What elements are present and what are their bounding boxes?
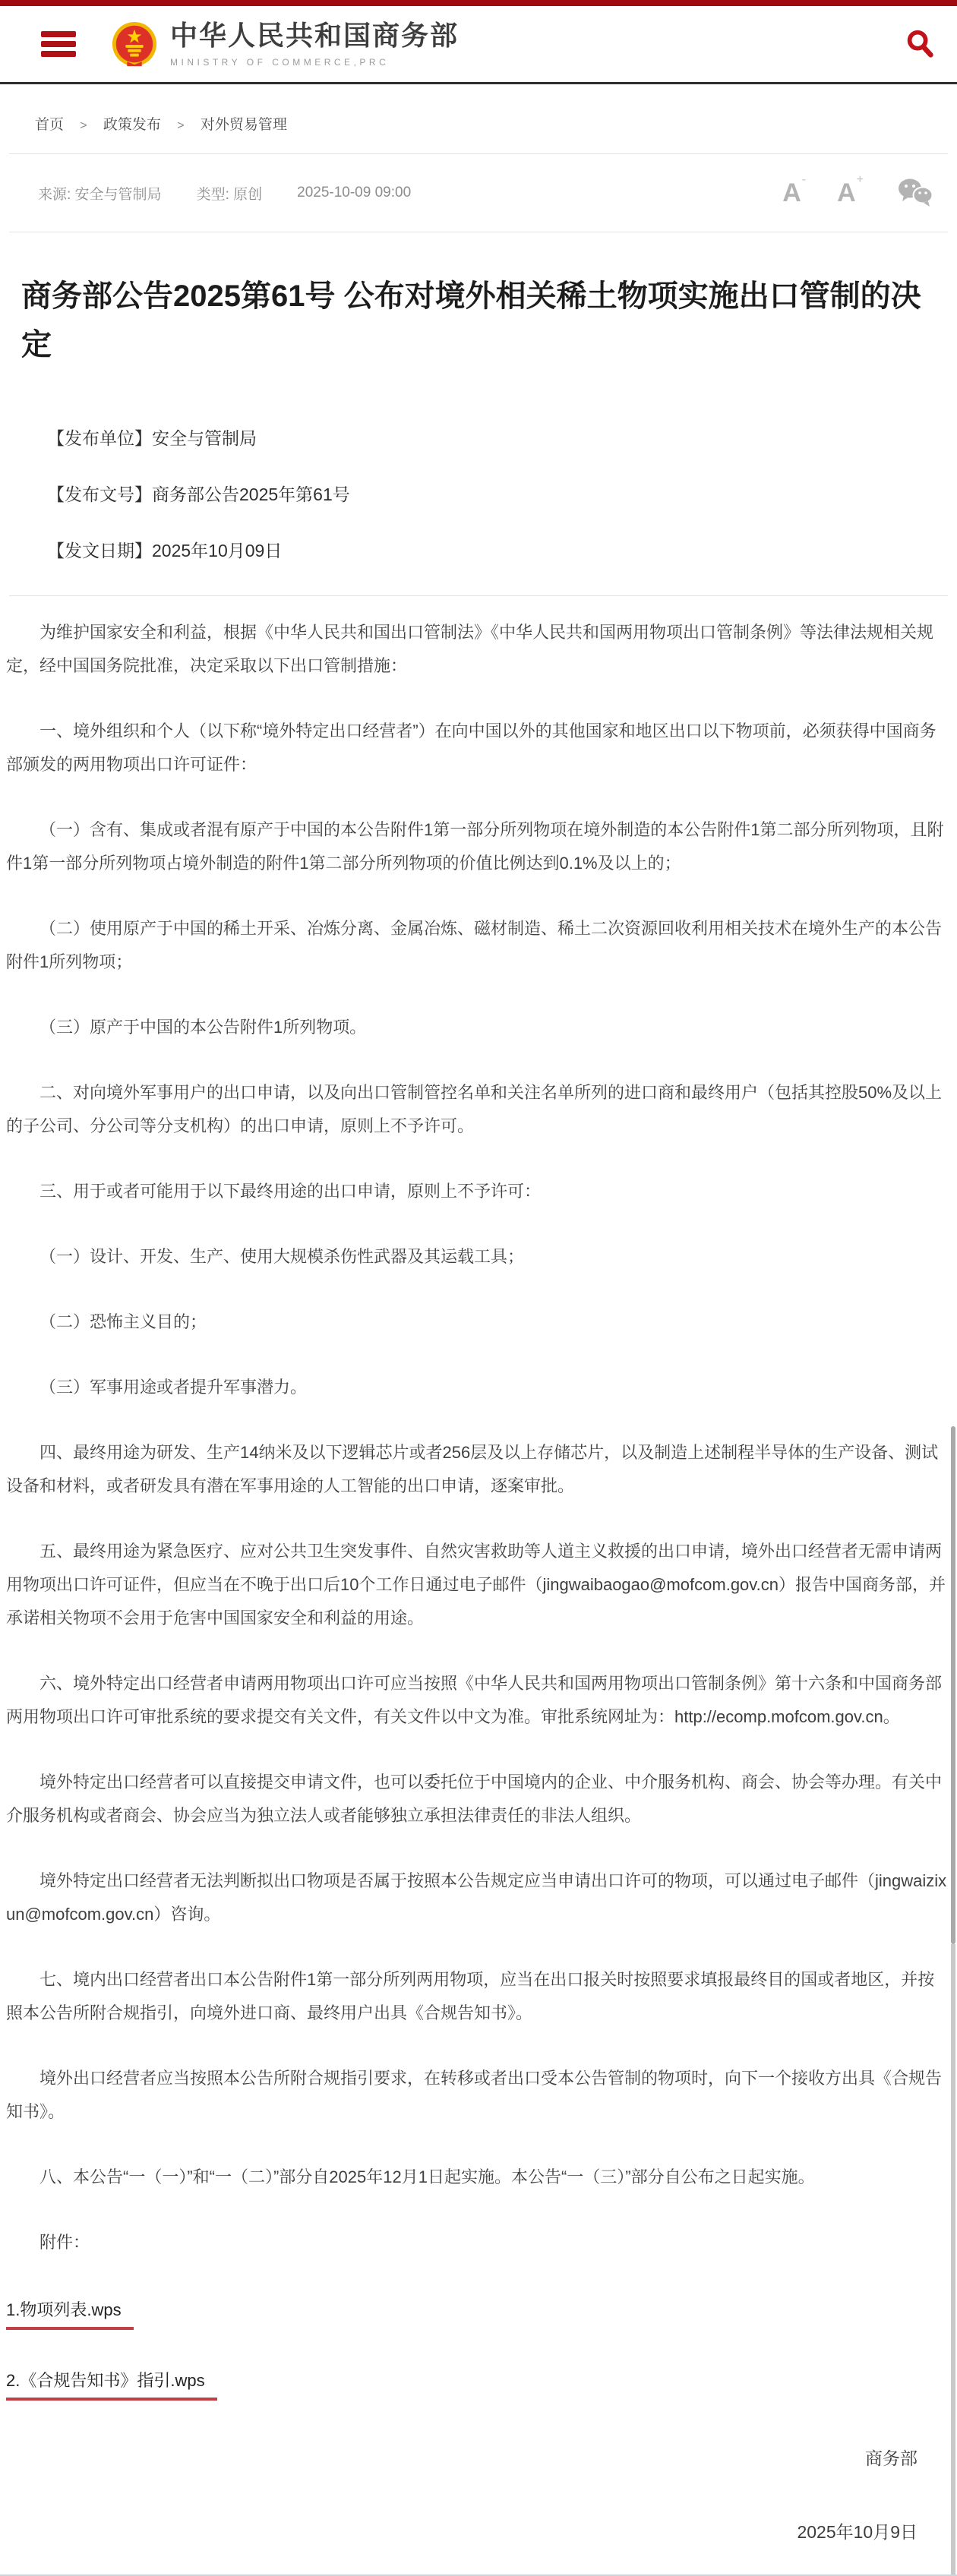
divider (9, 232, 948, 232)
article-title: 商务部公告2025第61号 公布对境外相关稀土物项实施出口管制的决定 (21, 272, 936, 369)
font-increase-button[interactable]: A+ (837, 180, 863, 206)
article-tools: A- A+ (782, 177, 934, 209)
article-paragraph: （二）恐怖主义目的； (6, 1305, 951, 1339)
attachment-link[interactable]: 2.《合规告知书》指引.wps (6, 2368, 217, 2401)
article-paragraph: 四、最终用途为研发、生产14纳米及以下逻辑芯片或者256层及以上存储芯片，以及制… (6, 1436, 951, 1503)
search-icon[interactable] (904, 27, 936, 59)
menu-icon[interactable] (41, 31, 76, 57)
article-info-line: 【发布单位】安全与管制局 (47, 427, 957, 450)
meta-source: 来源: 安全与管制局 (38, 183, 162, 204)
wechat-share-icon[interactable] (895, 177, 934, 209)
breadcrumb: 首页 > 政策发布 > 对外贸易管理 (0, 84, 957, 153)
article-meta: 来源: 安全与管制局 类型: 原创 2025-10-09 09:00 (38, 183, 446, 204)
article-paragraph: 三、用于或者可能用于以下最终用途的出口申请，原则上不予许可： (6, 1175, 951, 1208)
site-header: 中华人民共和国商务部 MINISTRY OF COMMERCE,PRC (0, 6, 957, 84)
article-paragraph: 为维护国家安全和利益，根据《中华人民共和国出口管制法》《中华人民共和国两用物项出… (6, 616, 951, 683)
article-info-line: 【发文日期】2025年10月09日 (47, 539, 957, 562)
breadcrumb-separator: > (80, 119, 87, 132)
article-paragraph: 境外特定出口经营者无法判断拟出口物项是否属于按照本公告规定应当申请出口许可的物项… (6, 1864, 951, 1931)
breadcrumb-separator: > (177, 119, 184, 132)
article-info-block: 【发布单位】安全与管制局【发布文号】商务部公告2025年第61号【发文日期】20… (47, 427, 957, 562)
site-brand: 中华人民共和国商务部 MINISTRY OF COMMERCE,PRC (170, 21, 459, 68)
article-meta-row: 来源: 安全与管制局 类型: 原创 2025-10-09 09:00 A- A+ (0, 154, 957, 232)
article-paragraph: 境外出口经营者应当按照本公告所附合规指引要求，在转移或者出口受本公告管制的物项时… (6, 2062, 951, 2129)
article-body: 为维护国家安全和利益，根据《中华人民共和国出口管制法》《中华人民共和国两用物项出… (6, 596, 951, 2259)
attachment-item: 2.《合规告知书》指引.wps (6, 2368, 951, 2401)
meta-datetime: 2025-10-09 09:00 (297, 185, 411, 201)
issuing-authority: 商务部 (0, 2445, 918, 2470)
article-paragraph: （三）军事用途或者提升军事潜力。 (6, 1371, 951, 1404)
article-paragraph: （一）设计、开发、生产、使用大规模杀伤性武器及其运载工具； (6, 1240, 951, 1274)
attachment-list: 1.物项列表.wps 2.《合规告知书》指引.wps (6, 2297, 951, 2401)
font-decrease-button[interactable]: A- (782, 180, 805, 206)
issue-date: 2025年10月9日 (0, 2518, 918, 2543)
breadcrumb-foreign-trade[interactable]: 对外贸易管理 (201, 117, 287, 133)
article-paragraph: 境外特定出口经营者可以直接提交申请文件，也可以委托位于中国境内的企业、中介服务机… (6, 1766, 951, 1833)
attachment-link[interactable]: 1.物项列表.wps (6, 2297, 134, 2330)
site-title: 中华人民共和国商务部 (170, 21, 459, 51)
site-subtitle: MINISTRY OF COMMERCE,PRC (170, 57, 459, 68)
breadcrumb-home[interactable]: 首页 (35, 117, 64, 133)
breadcrumb-policy[interactable]: 政策发布 (103, 117, 161, 133)
article-paragraph: （一）含有、集成或者混有原产于中国的本公告附件1第一部分所列物项在境外制造的本公… (6, 813, 951, 880)
article-paragraph: 六、境外特定出口经营者申请两用物项出口许可应当按照《中华人民共和国两用物项出口管… (6, 1667, 951, 1734)
national-emblem-icon (111, 21, 158, 68)
article-paragraph: 五、最终用途为紧急医疗、应对公共卫生突发事件、自然灾害救助等人道主义救援的出口申… (6, 1535, 951, 1635)
attachment-item: 1.物项列表.wps (6, 2297, 951, 2330)
article-info-line: 【发布文号】商务部公告2025年第61号 (47, 483, 957, 506)
article-paragraph: （二）使用原产于中国的稀土开采、冶炼分离、金属冶炼、磁材制造、稀土二次资源回收利… (6, 912, 951, 979)
article-paragraph: （三）原产于中国的本公告附件1所列物项。 (6, 1011, 951, 1044)
article-footer: 商务部 2025年10月9日 (0, 2445, 957, 2543)
article-paragraph: 附件： (6, 2226, 951, 2259)
article-paragraph: 二、对向境外军事用户的出口申请，以及向出口管制管控名单和关注名单所列的进口商和最… (6, 1076, 951, 1143)
meta-type: 类型: 原创 (197, 183, 263, 204)
article-paragraph: 七、境内出口经营者出口本公告附件1第一部分所列两用物项，应当在出口报关时按照要求… (6, 1963, 951, 2030)
article-paragraph: 一、境外组织和个人（以下称“境外特定出口经营者”）在向中国以外的其他国家和地区出… (6, 715, 951, 781)
scrollbar[interactable] (951, 1426, 955, 1944)
top-red-bar (0, 0, 957, 6)
scrollbar-track (951, 1944, 955, 2574)
article-paragraph: 八、本公告“一（一）”和“一（二）”部分自2025年12月1日起实施。本公告“一… (6, 2161, 951, 2194)
